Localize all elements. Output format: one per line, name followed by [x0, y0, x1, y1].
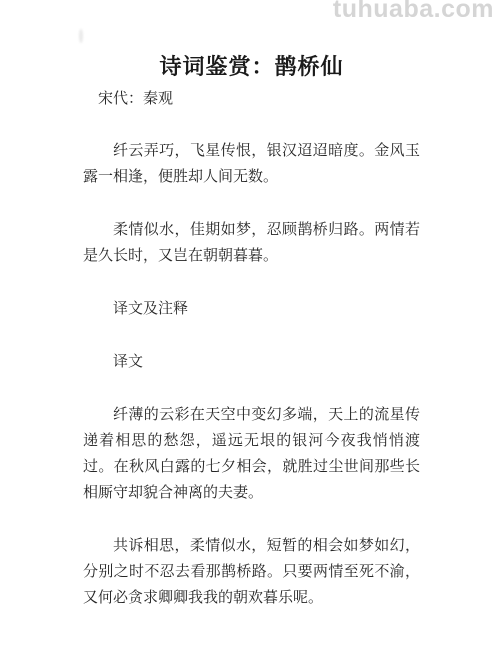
document-page: tuhuaba.com 诗词鉴赏：鹊桥仙 宋代：秦观 纤云弄巧，飞星传恨，银汉迢…: [0, 0, 500, 647]
author-byline: 宋代：秦观: [83, 86, 420, 112]
poem-stanza: 柔情似水，佳期如梦，忍顾鹊桥归路。两情若是久长时，又岂在朝朝暮暮。: [83, 217, 420, 269]
section-heading: 译文及注释: [83, 296, 420, 322]
page-title: 诗词鉴赏：鹊桥仙: [83, 52, 420, 82]
article-body: 诗词鉴赏：鹊桥仙 宋代：秦观 纤云弄巧，飞星传恨，银汉迢迢暗度。金风玉露一相逢，…: [83, 0, 420, 638]
subsection-heading: 译文: [83, 349, 420, 375]
translation-paragraph: 纤薄的云彩在天空中变幻多端，天上的流星传递着相思的愁怨，遥远无垠的银河今夜我悄悄…: [83, 402, 420, 506]
translation-paragraph: 共诉相思，柔情似水，短暂的相会如梦如幻，分别之时不忍去看那鹊桥路。只要两情至死不…: [83, 533, 420, 611]
poem-stanza: 纤云弄巧，飞星传恨，银汉迢迢暗度。金风玉露一相逢，便胜却人间无数。: [83, 138, 420, 190]
